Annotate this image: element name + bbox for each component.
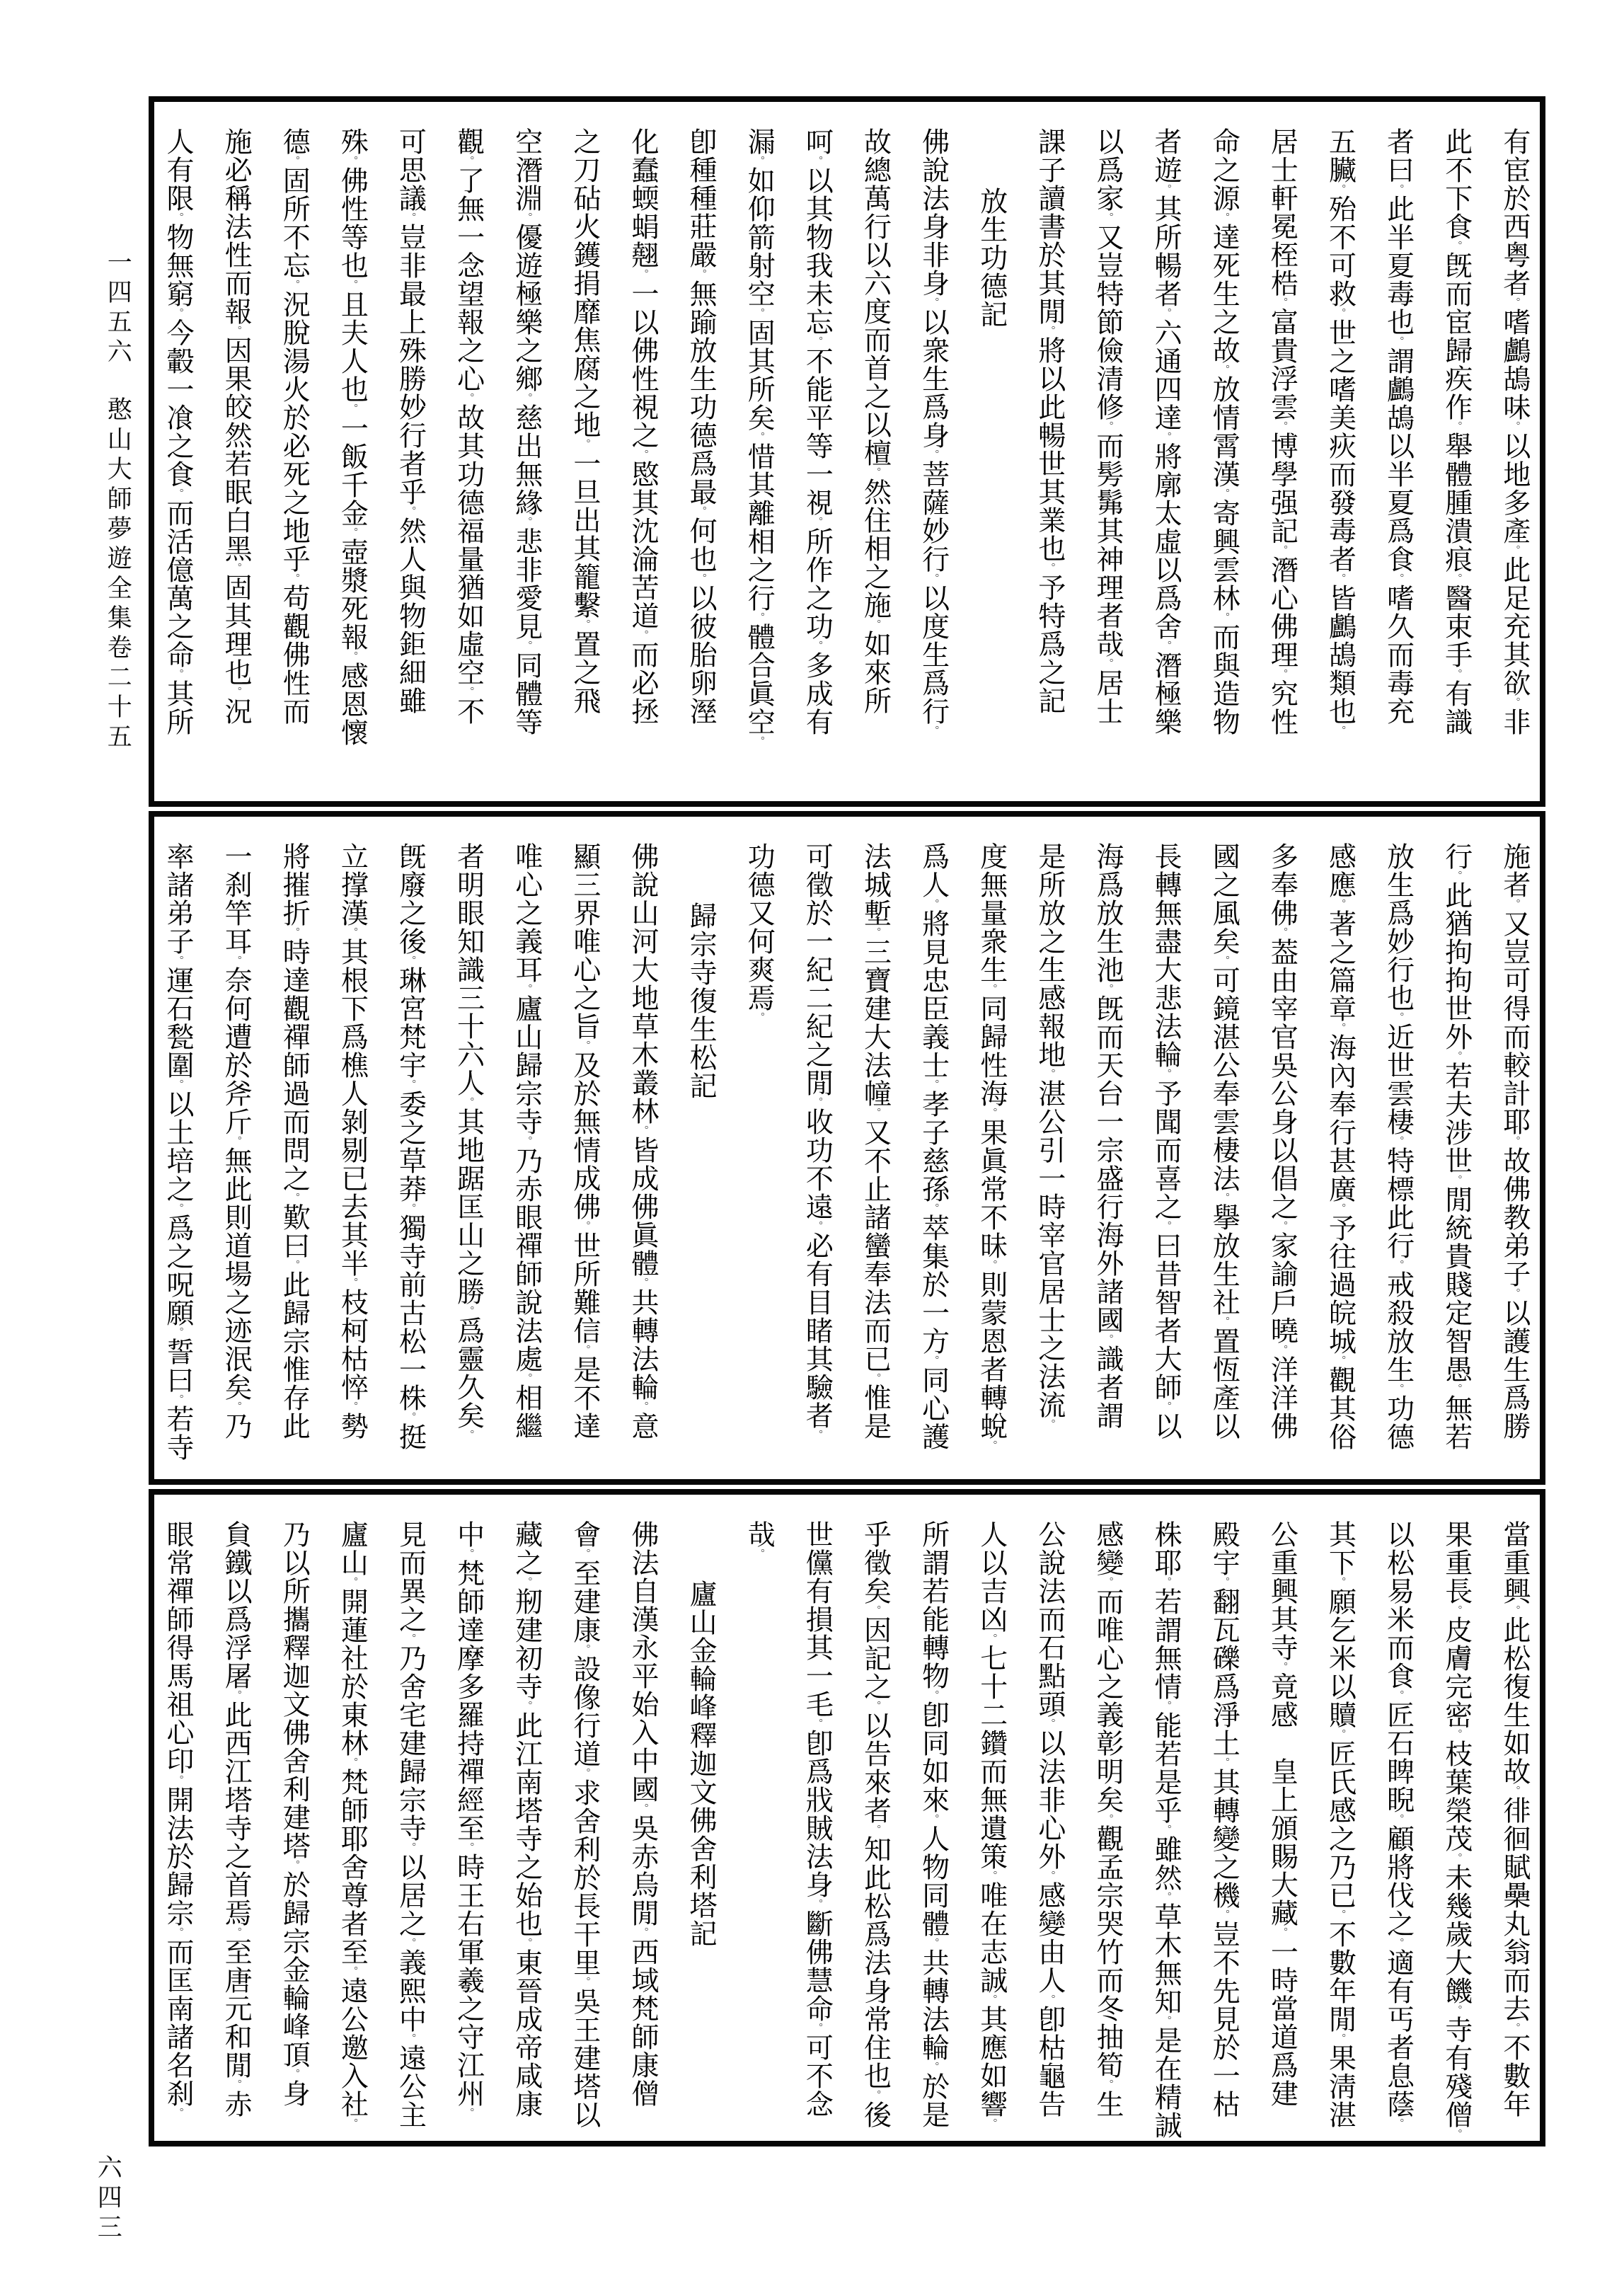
punctuation-circle: 。 <box>463 1430 474 1440</box>
punctuation-circle: 。 <box>579 1644 590 1655</box>
punctuation-circle: 。 <box>928 297 939 308</box>
punctuation-circle: 。 <box>1218 1909 1229 1920</box>
punctuation-circle: 。 <box>1335 184 1346 195</box>
punctuation-circle: 。 <box>1044 1718 1055 1729</box>
punctuation-circle: 。 <box>579 1345 590 1355</box>
punctuation-circle: 。 <box>695 269 706 280</box>
text-column: 國之風矣。可鏡湛公奉雲棲法。擧放生社。置恆產以 <box>1209 842 1238 1473</box>
punctuation-circle: 。 <box>1102 2079 1113 2090</box>
punctuation-circle: 。 <box>346 403 357 414</box>
punctuation-circle: 。 <box>1509 297 1520 308</box>
text-column: 顯三界唯心之旨。及於無情成佛。世所難信。是不達 <box>570 842 599 1473</box>
punctuation-circle: 。 <box>1451 669 1462 679</box>
punctuation-circle: 。 <box>579 439 590 449</box>
punctuation-circle: 。 <box>230 2079 241 2090</box>
punctuation-circle: 。 <box>346 1577 357 1587</box>
text-column: 殿宇。翻瓦礫爲淨土。其轉變之機。豈不先見於一枯 <box>1209 1520 1238 2135</box>
punctuation-circle: 。 <box>1160 1701 1171 1711</box>
punctuation-circle: 。 <box>1276 421 1287 432</box>
punctuation-circle: 。 <box>928 725 939 736</box>
punctuation-circle: 。 <box>1335 308 1346 318</box>
text-column: 功德又何爽焉。 <box>744 842 773 1473</box>
punctuation-circle: 。 <box>230 1136 241 1146</box>
text-column: 果重長。皮膚完密。枝葉榮茂。未幾歲大饑。寺有殘僧。 <box>1441 1520 1470 2135</box>
punctuation-circle: 。 <box>230 686 241 697</box>
punctuation-circle: 。 <box>579 1768 590 1778</box>
punctuation-circle: 。 <box>1393 184 1404 195</box>
punctuation-circle: 。 <box>637 630 648 640</box>
text-column: 其下。願乞米以贖。匠氏感之乃已。不數年閒。果淸湛 <box>1325 1520 1354 2135</box>
punctuation-circle: 。 <box>1276 1345 1287 1355</box>
text-column: 此不下食。旣而宦歸疾作。舉體腫潰痕。醫束手。有識 <box>1441 127 1470 795</box>
punctuation-circle: 。 <box>463 1842 474 1853</box>
punctuation-circle: 。 <box>1276 927 1287 938</box>
punctuation-circle: 。 <box>870 2090 881 2101</box>
punctuation-circle: 。 <box>1393 573 1404 584</box>
section-title-column: 廬山金輪峰釋迦文佛舍利塔記 <box>686 1520 715 2135</box>
text-column: 施必稱法性而報。因果皎然若眠白黑。固其理也。況 <box>221 127 250 795</box>
punctuation-circle: 。 <box>1160 1069 1171 1079</box>
punctuation-circle: 。 <box>928 449 939 460</box>
punctuation-circle: 。 <box>346 1966 357 1977</box>
folio-number: 一四五六 <box>103 249 132 368</box>
punctuation-circle: 。 <box>870 1824 881 1835</box>
text-column: 人有限。物無窮。今轂一飡之食。而活億萬之命。其所 <box>163 127 192 795</box>
punctuation-circle: 。 <box>811 1097 822 1108</box>
punctuation-circle: 。 <box>405 1203 416 1214</box>
text-column: 德。固所不忘。況脫湯火於必死之地乎。苟觀佛性而 <box>279 127 308 795</box>
punctuation-circle: 。 <box>928 1690 939 1701</box>
punctuation-circle: 。 <box>1335 573 1346 584</box>
punctuation-circle: 。 <box>230 1401 241 1412</box>
punctuation-circle: 。 <box>1335 899 1346 909</box>
punctuation-circle: 。 <box>288 1193 299 1203</box>
punctuation-circle: 。 <box>1509 1605 1520 1616</box>
punctuation-circle: 。 <box>870 1701 881 1711</box>
punctuation-circle: 。 <box>1451 1051 1462 1062</box>
punctuation-circle: 。 <box>986 1633 997 1644</box>
punctuation-circle: 。 <box>637 1277 648 1288</box>
text-column: 故總萬行以六度而首之以檀。然住相之施。如來所 <box>860 127 889 795</box>
punctuation-circle: 。 <box>870 1108 881 1118</box>
punctuation-circle: 。 <box>1335 1729 1346 1740</box>
text-column: 者明眼知識三十六人。其地踞匡山之勝。爲靈久矣。 <box>454 842 483 1473</box>
text-column: 施者。又豈可得而較計耶。故佛教弟子。以護生爲勝 <box>1499 842 1528 1473</box>
section-title-column: 放生功德記 <box>977 127 1006 795</box>
punctuation-circle: 。 <box>1218 1193 1229 1203</box>
punctuation-circle: 。 <box>1044 326 1055 336</box>
punctuation-circle: 。 <box>230 326 241 336</box>
punctuation-circle: 。 <box>1451 1853 1462 1863</box>
punctuation-circle: 。 <box>1160 1824 1171 1835</box>
text-column: 多奉佛。葢由宰官吳公身以倡之。家諭戶曉。洋洋佛 <box>1267 842 1296 1473</box>
punctuation-circle: 。 <box>521 1701 532 1711</box>
punctuation-circle: 。 <box>1509 421 1520 432</box>
punctuation-circle: 。 <box>695 506 706 517</box>
punctuation-circle: 。 <box>346 1757 357 1768</box>
punctuation-circle: 。 <box>230 563 241 573</box>
punctuation-circle: 。 <box>1393 1012 1404 1023</box>
punctuation-circle: 。 <box>1509 697 1520 708</box>
punctuation-circle: 。 <box>463 1306 474 1316</box>
text-column: 者遊。其所暢者。六通四達。將廓太虛以爲舍。潛極樂 <box>1151 127 1180 795</box>
punctuation-circle: 。 <box>1044 1994 1055 2005</box>
punctuation-circle: 。 <box>1160 1221 1171 1231</box>
punctuation-circle: 。 <box>1276 1662 1287 1672</box>
punctuation-circle: 。 <box>230 1690 241 1701</box>
punctuation-circle: 。 <box>637 1125 648 1136</box>
punctuation-circle: 。 <box>1044 1419 1055 1430</box>
text-column: 株耶。若謂無情。能若是乎。雖然。草木無知。是在精誠 <box>1151 1520 1180 2135</box>
punctuation-circle: 。 <box>405 955 416 966</box>
punctuation-circle: 。 <box>1276 669 1287 679</box>
punctuation-circle: 。 <box>1102 1577 1113 1587</box>
punctuation-circle: 。 <box>1218 488 1229 499</box>
text-column: 漏。如仰箭射空。固其所矣。惜其離相之行。體合眞空。 <box>744 127 773 795</box>
punctuation-circle: 。 <box>288 1260 299 1270</box>
text-column: 率諸弟子。運石甃圍。以土培之。爲之呪願。誓曰。若寺 <box>163 842 192 1473</box>
text-column: 化蠢蝡蜎翹。一以佛性視之。愍其沈淪苦道。而必拯 <box>628 127 657 795</box>
punctuation-circle: 。 <box>288 280 299 290</box>
punctuation-circle: 。 <box>1393 1690 1404 1701</box>
text-column: 一刹竿耳。奈何遭於斧斤。無此則道場之迹泯矣。乃 <box>221 842 250 1473</box>
punctuation-circle: 。 <box>1044 1870 1055 1881</box>
punctuation-circle: 。 <box>521 1136 532 1146</box>
punctuation-circle: 。 <box>346 927 357 938</box>
punctuation-circle: 。 <box>1160 184 1171 195</box>
punctuation-circle: 。 <box>172 1327 183 1338</box>
text-column: 度無量衆生。同歸性海。果眞常不昧。則蒙恩者轉蛻。 <box>977 842 1006 1473</box>
punctuation-circle: 。 <box>811 1430 822 1440</box>
punctuation-circle: 。 <box>521 212 532 223</box>
text-column: 以爲家。又豈特節儉清修。而髣髴其神理者哉。居士 <box>1093 127 1122 795</box>
punctuation-circle: 。 <box>1218 364 1229 375</box>
punctuation-circle: 。 <box>1335 1577 1346 1587</box>
text-column: 公說法而石點頭。以法非心外。感變由人。卽枯龜告 <box>1035 1520 1064 2135</box>
punctuation-circle: 。 <box>1509 899 1520 909</box>
punctuation-circle: 。 <box>230 955 241 966</box>
text-column: 人以吉凶。七十二鑽而無遺策。唯在志誠。其應如響。 <box>977 1520 1006 2135</box>
punctuation-circle: 。 <box>986 1108 997 1118</box>
punctuation-circle: 。 <box>1509 1136 1520 1146</box>
punctuation-circle: 。 <box>346 2118 357 2129</box>
punctuation-circle: 。 <box>870 1605 881 1616</box>
text-column: 眼常禪師得馬祖心印。開法於歸宗。而匡南諸名刹。 <box>163 1520 192 2135</box>
punctuation-circle: 。 <box>928 1079 939 1090</box>
punctuation-circle: 。 <box>1335 1023 1346 1033</box>
text-band-middle: 施者。又豈可得而較計耶。故佛教弟子。以護生爲勝行。此猶拘拘世外。若夫涉世。閒統貴… <box>149 811 1545 1485</box>
punctuation-circle: 。 <box>1160 432 1171 442</box>
punctuation-circle: 。 <box>811 2023 822 2033</box>
text-column: 感變。而唯心之義彰明矣。觀孟宗哭竹而冬抽筍。生 <box>1093 1520 1122 2135</box>
book-title: 憨山大師夢遊全集卷二十五 <box>103 396 132 753</box>
punctuation-circle: 。 <box>521 393 532 403</box>
punctuation-circle: 。 <box>1044 563 1055 573</box>
punctuation-circle: 。 <box>521 1373 532 1384</box>
punctuation-circle: 。 <box>986 2118 997 2129</box>
punctuation-circle: 。 <box>1451 1175 1462 1185</box>
punctuation-circle: 。 <box>928 1203 939 1214</box>
punctuation-circle: 。 <box>753 1548 764 1559</box>
punctuation-circle: 。 <box>1509 1786 1520 1796</box>
punctuation-circle: 。 <box>579 619 590 630</box>
text-column: 唯心之義耳。廬山歸宗寺。乃赤眼禪師說法處。相繼 <box>512 842 541 1473</box>
punctuation-circle: 。 <box>986 984 997 994</box>
text-column: 旣廢之後。琳宮梵宇。委之草莽。獨寺前古松一株。挺 <box>396 842 425 1473</box>
punctuation-circle: 。 <box>1218 612 1229 623</box>
text-column: 可徵於一紀二紀之閒。收功不遠。必有目睹其驗者。 <box>802 842 831 1473</box>
punctuation-circle: 。 <box>811 156 822 166</box>
punctuation-circle: 。 <box>1102 212 1113 223</box>
punctuation-circle: 。 <box>1160 1577 1171 1587</box>
text-column: 乃以所攜釋迦文佛舍利建塔。於歸宗金輪峰頂。身 <box>279 1520 308 2135</box>
punctuation-circle: 。 <box>405 506 416 517</box>
punctuation-circle: 。 <box>1160 308 1171 318</box>
text-column: 會。至建康。設像行道。求舍利於長干里。吳王建塔以 <box>570 1520 599 2135</box>
punctuation-circle: 。 <box>928 1938 939 1948</box>
text-column: 有宦於西粤者。嗜鸕鴣味。以地多產。此足充其欲。非 <box>1499 127 1528 795</box>
text-column: 行。此猶拘拘世外。若夫涉世。閒統貴賤定智愚。無若 <box>1441 842 1470 1473</box>
punctuation-circle: 。 <box>1509 545 1520 556</box>
punctuation-circle: 。 <box>172 1927 183 1938</box>
punctuation-circle: 。 <box>811 517 822 527</box>
punctuation-circle: 。 <box>1218 1757 1229 1768</box>
punctuation-circle: 。 <box>172 1079 183 1090</box>
punctuation-circle: 。 <box>1160 2016 1171 2026</box>
punctuation-circle: 。 <box>1102 1334 1113 1345</box>
punctuation-circle: 。 <box>1393 1938 1404 1948</box>
punctuation-circle: 。 <box>1335 1355 1346 1366</box>
text-column: 殊。佛性等也。且夫人也。一飯千金。壺漿死報。感恩懷 <box>337 127 366 795</box>
text-column: 佛法自漢永平始入中國。吳赤烏閒。西域梵師康僧 <box>628 1520 657 2135</box>
punctuation-circle: 。 <box>1451 1729 1462 1740</box>
punctuation-circle: 。 <box>1160 1892 1171 1902</box>
punctuation-circle: 。 <box>1393 1384 1404 1394</box>
punctuation-circle: 。 <box>1451 2005 1462 2016</box>
punctuation-circle: 。 <box>172 2108 183 2118</box>
punctuation-circle: 。 <box>695 573 706 584</box>
punctuation-circle: 。 <box>172 308 183 318</box>
punctuation-circle: 。 <box>1451 870 1462 881</box>
punctuation-circle: 。 <box>346 651 357 662</box>
text-column: 放生爲妙行也。近世雲棲。特標此行。戒殺放生。功德 <box>1383 842 1412 1473</box>
punctuation-circle: 。 <box>870 619 881 630</box>
text-column: 哉。 <box>744 1520 773 2135</box>
punctuation-circle: 。 <box>1160 640 1171 651</box>
text-column: 海爲放生池。旣而天台一宗盛行海外諸國。識者謂 <box>1093 842 1122 1473</box>
punctuation-circle: 。 <box>230 1927 241 1938</box>
text-column: 課子讀書於其閒。將以此暢世其業也。予特爲之記 <box>1035 127 1064 795</box>
punctuation-circle: 。 <box>753 1012 764 1023</box>
punctuation-circle: 。 <box>1335 1909 1346 1920</box>
punctuation-circle: 。 <box>1451 241 1462 251</box>
text-column: 法城塹。三寶建大法幢。又不止諸蠻奉法而已。惟是 <box>860 842 889 1473</box>
punctuation-circle: 。 <box>1509 2023 1520 2033</box>
text-column: 所謂若能轉物。卽同如來。人物同體。共轉法輪。於是 <box>918 1520 948 2135</box>
punctuation-circle: 。 <box>1218 212 1229 223</box>
punctuation-circle: 。 <box>521 984 532 994</box>
punctuation-circle: 。 <box>753 432 764 442</box>
punctuation-circle: 。 <box>172 669 183 679</box>
punctuation-circle: 。 <box>1335 1203 1346 1214</box>
punctuation-circle: 。 <box>1218 1316 1229 1327</box>
punctuation-circle: 。 <box>1335 725 1346 736</box>
punctuation-circle: 。 <box>811 336 822 347</box>
punctuation-circle: 。 <box>172 1775 183 1786</box>
text-column: 可思議。豈非最上殊勝妙行者乎。然人與物鉅細雖 <box>396 127 425 795</box>
punctuation-circle: 。 <box>1451 573 1462 584</box>
punctuation-circle: 。 <box>811 1899 822 1909</box>
punctuation-circle: 。 <box>172 955 183 966</box>
text-column: 感應。著之篇章。海內奉行甚廣。予往過皖城。觀其俗 <box>1325 842 1354 1473</box>
punctuation-circle: 。 <box>288 2069 299 2079</box>
punctuation-circle: 。 <box>405 1412 416 1423</box>
punctuation-circle: 。 <box>521 1577 532 1587</box>
punctuation-circle: 。 <box>172 488 183 499</box>
text-column: 貟鐵以爲浮屠。此西江塔寺之首焉。至唐元和閒。赤 <box>221 1520 250 2135</box>
punctuation-circle: 。 <box>579 1977 590 1987</box>
punctuation-circle: 。 <box>1451 2129 1462 2139</box>
punctuation-circle: 。 <box>870 927 881 938</box>
punctuation-circle: 。 <box>463 393 474 403</box>
punctuation-circle: 。 <box>1102 658 1113 669</box>
punctuation-circle: 。 <box>405 1938 416 1948</box>
punctuation-circle: 。 <box>1509 1288 1520 1299</box>
punctuation-circle: 。 <box>928 899 939 909</box>
punctuation-circle: 。 <box>1451 1605 1462 1616</box>
punctuation-circle: 。 <box>1160 1401 1171 1412</box>
text-column: 當重興。此松復生如故。徘徊賦櫐丸翁而去。不數年 <box>1499 1520 1528 2135</box>
text-column: 呵。以其物我未忘。不能平等一視。所作之功。多成有 <box>802 127 831 795</box>
punctuation-circle: 。 <box>579 1221 590 1231</box>
punctuation-circle: 。 <box>986 1440 997 1451</box>
punctuation-circle: 。 <box>637 1401 648 1412</box>
punctuation-circle: 。 <box>1276 1221 1287 1231</box>
punctuation-circle: 。 <box>463 1097 474 1108</box>
text-column: 立撑漢。其根下爲樵人剝剔已去其半。枝柯枯悴。勢 <box>337 842 366 1473</box>
text-column: 佛說山河大地草木叢林。皆成佛眞體。共轉法輪。意 <box>628 842 657 1473</box>
text-column: 之刀砧火鑊捐靡焦腐之地。一旦出其籠繫。置之飛 <box>570 127 599 795</box>
punctuation-circle: 。 <box>172 212 183 223</box>
punctuation-circle: 。 <box>811 1718 822 1729</box>
punctuation-circle: 。 <box>346 1401 357 1412</box>
text-column: 藏之。剏建初寺。此江南塔寺之始也。東晉成帝咸康 <box>512 1520 541 2135</box>
punctuation-circle: 。 <box>1393 336 1404 347</box>
text-column: 命之源。達死生之故。放情霄漢。寄興雲林。而與造物 <box>1209 127 1238 795</box>
punctuation-circle: 。 <box>753 156 764 166</box>
punctuation-circle: 。 <box>346 1277 357 1288</box>
punctuation-circle: 。 <box>637 1803 648 1814</box>
punctuation-circle: 。 <box>1218 1577 1229 1587</box>
punctuation-circle: 。 <box>405 1079 416 1090</box>
punctuation-circle: 。 <box>346 527 357 538</box>
punctuation-circle: 。 <box>1335 2033 1346 2044</box>
punctuation-circle: 。 <box>811 1221 822 1231</box>
text-column: 卽種種莊嚴。無踰放生功德爲最。何也。以彼胎卵溼 <box>686 127 715 795</box>
text-column: 廬山。開蓮社於東林。梵師耶舍尊者至。遠公邀入社。 <box>337 1520 366 2135</box>
text-column: 以松易米而食。匠石睥睨。顧將伐之。適有丐者息蔭。 <box>1383 1520 1412 2135</box>
punctuation-circle: 。 <box>753 736 764 747</box>
text-column: 見而異之。乃舍宅建歸宗寺。以居之。義熙中。遠公主 <box>396 1520 425 2135</box>
punctuation-circle: 。 <box>986 1994 997 2005</box>
text-column: 五臟。殆不可救。世之嗜美疢而發毒者。皆鸕鴣類也。 <box>1325 127 1354 795</box>
punctuation-circle: 。 <box>521 640 532 651</box>
punctuation-circle: 。 <box>1451 1384 1462 1394</box>
page-number: 六四三 <box>93 2154 122 2243</box>
punctuation-circle: 。 <box>288 1860 299 1870</box>
punctuation-circle: 。 <box>1276 1927 1287 1938</box>
punctuation-circle: 。 <box>928 573 939 584</box>
text-column: 佛說法身非身。以衆生爲身。菩薩妙行。以度生爲行。 <box>918 127 948 795</box>
punctuation-circle: 。 <box>1044 1069 1055 1079</box>
punctuation-circle: 。 <box>753 308 764 318</box>
text-column: 觀。了無一念望報之心。故其功德福量猶如虛空。不 <box>454 127 483 795</box>
punctuation-circle: 。 <box>172 1203 183 1214</box>
text-band-top: 有宦於西粤者。嗜鸕鴣味。以地多產。此足充其欲。非此不下食。旣而宦歸疾作。舉體腫潰… <box>149 96 1545 807</box>
text-column: 爲人。將見忠臣義士。孝子慈孫。萃集於一方。同心護 <box>918 842 948 1473</box>
text-column: 公重興其寺。竟感 皇上頒賜大藏。一時當道爲建 <box>1267 1520 1296 2135</box>
punctuation-circle: 。 <box>1102 984 1113 994</box>
text-column: 乎徵矣。因記之。以告來者。知此松爲法身常住也。後 <box>860 1520 889 2135</box>
punctuation-circle: 。 <box>463 1548 474 1559</box>
text-band-bottom: 當重興。此松復生如故。徘徊賦櫐丸翁而去。不數年果重長。皮膚完密。枝葉榮茂。未幾歲… <box>149 1489 1545 2147</box>
punctuation-circle: 。 <box>288 156 299 166</box>
punctuation-circle: 。 <box>579 1040 590 1051</box>
text-column: 居士軒冕桎梏。富貴浮雲。博學强記。潛心佛理。究性 <box>1267 127 1296 795</box>
punctuation-circle: 。 <box>1393 1814 1404 1824</box>
punctuation-circle: 。 <box>1218 955 1229 966</box>
punctuation-circle: 。 <box>1451 421 1462 432</box>
text-column: 中。梵師達摩多羅持禪經至。時王右軍羲之守江州。 <box>454 1520 483 2135</box>
punctuation-circle: 。 <box>1102 421 1113 432</box>
punctuation-circle: 。 <box>637 1927 648 1938</box>
punctuation-circle: 。 <box>579 1548 590 1559</box>
punctuation-circle: 。 <box>928 1814 939 1824</box>
punctuation-circle: 。 <box>521 1938 532 1948</box>
section-title-column: 歸宗寺復生松記 <box>686 842 715 1473</box>
punctuation-circle: 。 <box>870 467 881 478</box>
punctuation-circle: 。 <box>637 449 648 460</box>
text-column: 長轉無盡大悲法輪。予聞而喜之。曰昔智者大師。以 <box>1151 842 1180 1473</box>
punctuation-circle: 。 <box>405 1842 416 1853</box>
punctuation-circle: 。 <box>1393 2118 1404 2129</box>
punctuation-circle: 。 <box>870 1373 881 1384</box>
punctuation-circle: 。 <box>288 573 299 584</box>
punctuation-circle: 。 <box>928 2062 939 2072</box>
text-column: 將摧折。時達觀禪師過而問之。歎曰。此歸宗惟存此 <box>279 842 308 1473</box>
text-column: 是所放之生感報地。湛公引一時宰官居士之法流。 <box>1035 842 1064 1473</box>
text-column: 者曰。此半夏毒也。謂鸕鴣以半夏爲食。嗜久而毒充 <box>1383 127 1412 795</box>
punctuation-circle: 。 <box>637 269 648 280</box>
punctuation-circle: 。 <box>986 1870 997 1881</box>
punctuation-circle: 。 <box>1393 1136 1404 1146</box>
punctuation-circle: 。 <box>1276 545 1287 556</box>
punctuation-circle: 。 <box>463 686 474 697</box>
punctuation-circle: 。 <box>405 212 416 223</box>
punctuation-circle: 。 <box>405 1633 416 1644</box>
punctuation-circle: 。 <box>1276 297 1287 308</box>
punctuation-circle: 。 <box>463 156 474 166</box>
punctuation-circle: 。 <box>172 1394 183 1405</box>
punctuation-circle: 。 <box>1393 1260 1404 1270</box>
punctuation-circle: 。 <box>346 280 357 290</box>
punctuation-circle: 。 <box>928 1355 939 1366</box>
punctuation-circle: 。 <box>346 156 357 166</box>
punctuation-circle: 。 <box>521 517 532 527</box>
punctuation-circle: 。 <box>753 612 764 623</box>
punctuation-circle: 。 <box>288 927 299 938</box>
text-column: 世儻有損其一毛。卽爲戕賊法身。斷佛慧命。可不念 <box>802 1520 831 2135</box>
